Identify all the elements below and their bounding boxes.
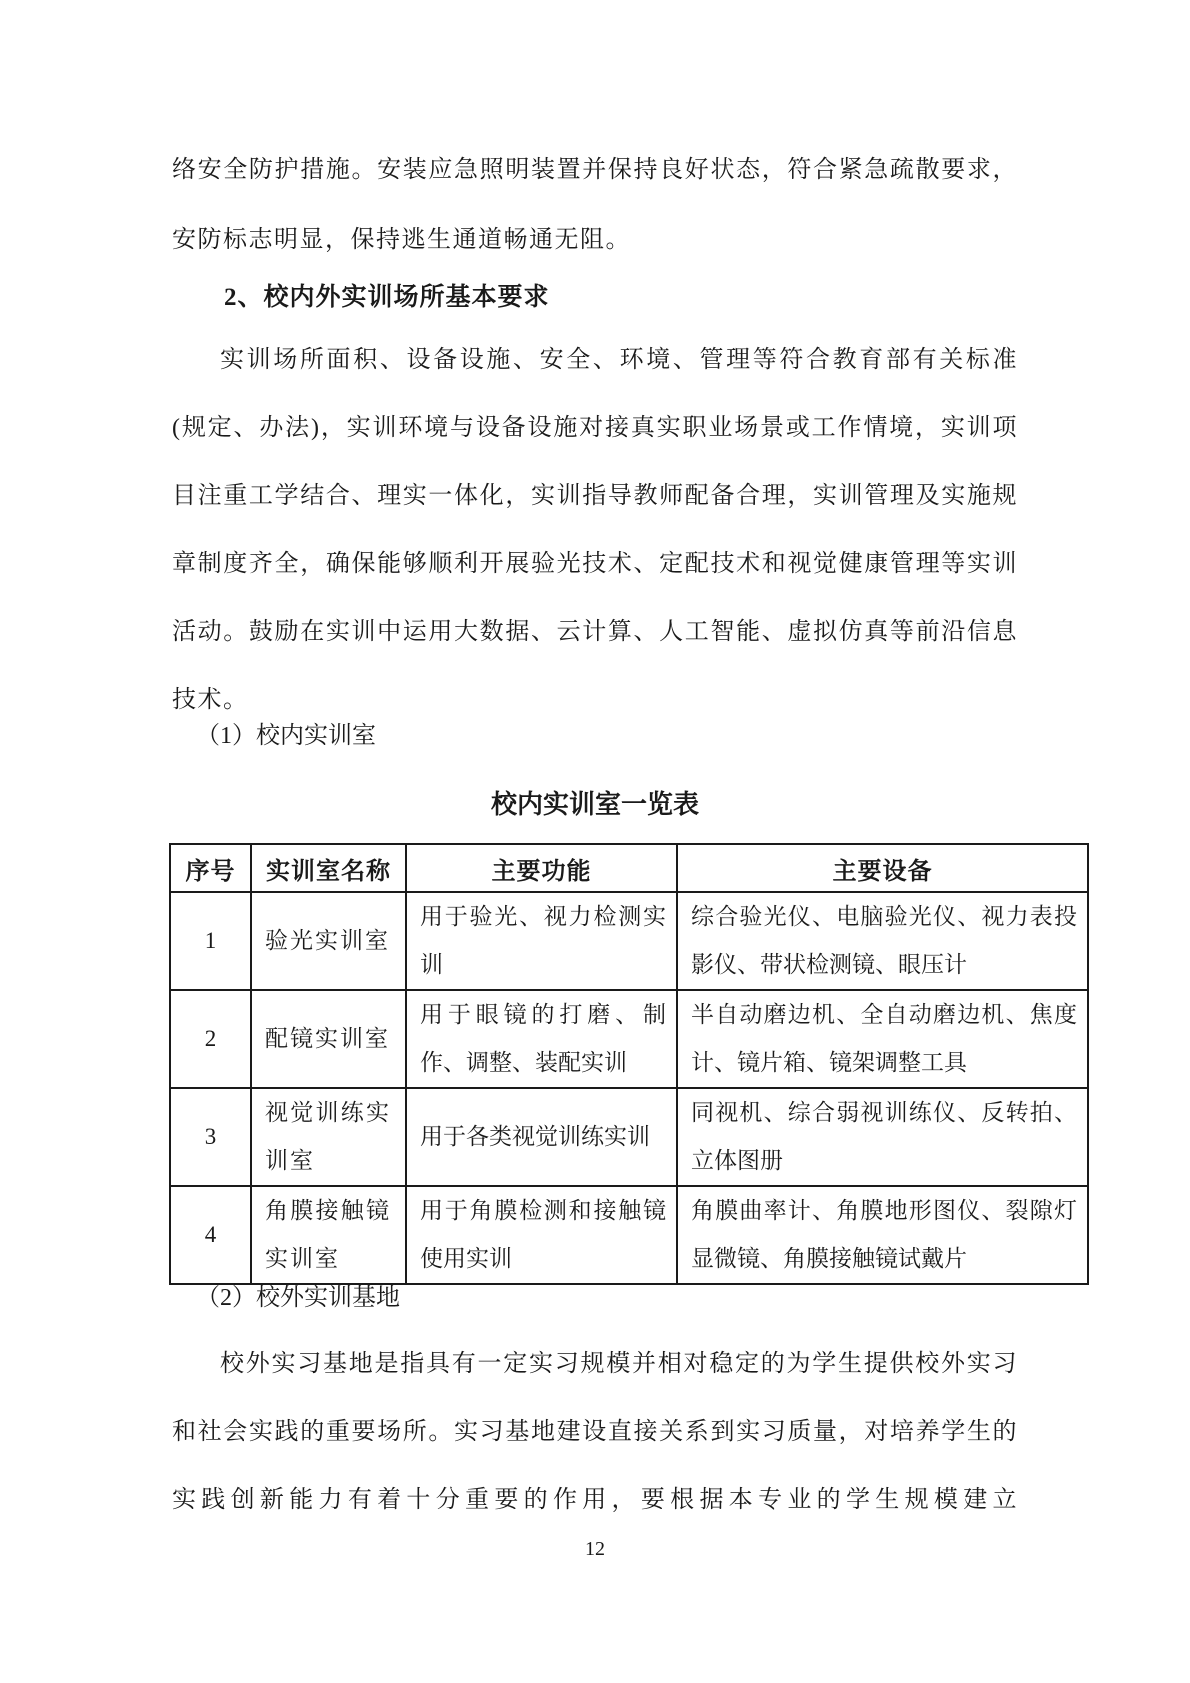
column-header-function: 主要功能 [406, 844, 677, 892]
on-campus-training-rooms-table: 序号 实训室名称 主要功能 主要设备 1 验光实训室 用于验光、视力检测实训 综… [169, 843, 1089, 1285]
cell-room-name: 验光实训室 [251, 892, 406, 990]
paragraph-safety-continuation: 络安全防护措施。安装应急照明装置并保持良好状态，符合紧急疏散要求，安防标志明显，… [172, 135, 1018, 275]
cell-function: 用于各类视觉训练实训 [406, 1088, 677, 1186]
paragraph-off-campus-bases: 校外实习基地是指具有一定实习规模并相对稳定的为学生提供校外实习和社会实践的重要场… [172, 1330, 1018, 1534]
table-title-on-campus-rooms: 校内实训室一览表 [172, 772, 1018, 838]
cell-function: 用于验光、视力检测实训 [406, 892, 677, 990]
cell-equipment: 综合验光仪、电脑验光仪、视力表投影仪、带状检测镜、眼压计 [677, 892, 1088, 990]
table-row: 2 配镜实训室 用于眼镜的打磨、制作、调整、装配实训 半自动磨边机、全自动磨边机… [170, 990, 1088, 1088]
paragraph-training-site-requirements: 实训场所面积、设备设施、安全、环境、管理等符合教育部有关标准(规定、办法)，实训… [172, 326, 1018, 734]
subheading-on-campus-training-rooms: （1）校内实训室 [172, 702, 1018, 770]
cell-equipment: 半自动磨边机、全自动磨边机、焦度计、镜片箱、镜架调整工具 [677, 990, 1088, 1088]
column-header-equipment: 主要设备 [677, 844, 1088, 892]
column-header-room-name: 实训室名称 [251, 844, 406, 892]
cell-room-name: 配镜实训室 [251, 990, 406, 1088]
cell-equipment: 同视机、综合弱视训练仪、反转拍、立体图册 [677, 1088, 1088, 1186]
page-number: 12 [172, 1538, 1018, 1561]
subheading-off-campus-training-bases: （2）校外实训基地 [172, 1264, 1018, 1332]
cell-serial-no: 1 [170, 892, 251, 990]
cell-function: 用于眼镜的打磨、制作、调整、装配实训 [406, 990, 677, 1088]
heading-training-sites-requirements: 2、校内外实训场所基本要求 [172, 270, 1018, 326]
table-row: 3 视觉训练实训室 用于各类视觉训练实训 同视机、综合弱视训练仪、反转拍、立体图… [170, 1088, 1088, 1186]
document-page: 络安全防护措施。安装应急照明装置并保持良好状态，符合紧急疏散要求，安防标志明显，… [0, 0, 1190, 1683]
cell-room-name: 视觉训练实训室 [251, 1088, 406, 1186]
cell-serial-no: 3 [170, 1088, 251, 1186]
table-row: 1 验光实训室 用于验光、视力检测实训 综合验光仪、电脑验光仪、视力表投影仪、带… [170, 892, 1088, 990]
cell-serial-no: 2 [170, 990, 251, 1088]
column-header-serial-no: 序号 [170, 844, 251, 892]
table-header-row: 序号 实训室名称 主要功能 主要设备 [170, 844, 1088, 892]
